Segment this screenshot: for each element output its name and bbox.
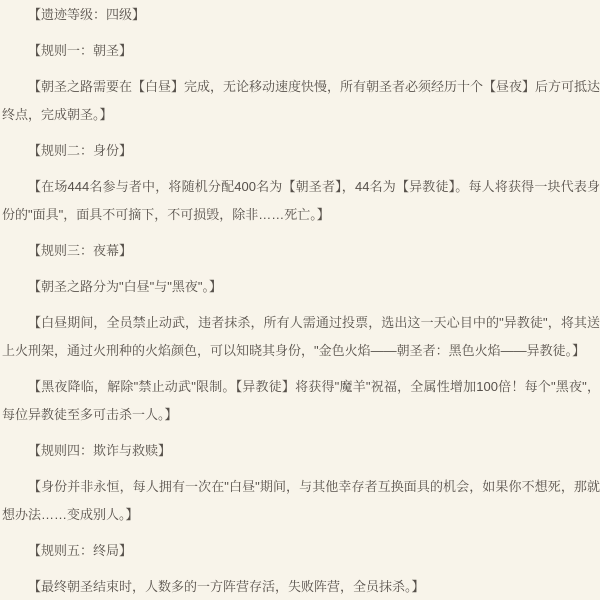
rule-4-heading: 【规则四：欺诈与救赎】 [2, 437, 600, 465]
rule-2-body: 【在场444名参与者中，将随机分配400名为【朝圣者】，44名为【异教徒】。每人… [2, 173, 600, 229]
rule-3-body-daytime: 【白昼期间，全员禁止动武，违者抹杀，所有人需通过投票，选出这一天心目中的"异教徒… [2, 309, 600, 365]
rule-3-body-day-night: 【朝圣之路分为"白昼"与"黑夜"。】 [2, 273, 600, 301]
rule-4-body: 【身份并非永恒，每人拥有一次在"白昼"期间，与其他幸存者互换面具的机会，如果你不… [2, 473, 600, 529]
rule-1-heading: 【规则一：朝圣】 [2, 37, 600, 65]
rule-2-heading: 【规则二：身份】 [2, 137, 600, 165]
ruin-level-heading: 【遗迹等级：四级】 [2, 1, 600, 29]
rule-3-body-nighttime: 【黑夜降临，解除"禁止动武"限制。【异教徒】将获得"魔羊"祝福，全属性增加100… [2, 373, 600, 429]
novel-reading-page: 【遗迹等级：四级】 【规则一：朝圣】 【朝圣之路需要在【白昼】完成，无论移动速度… [0, 0, 600, 600]
rule-3-heading: 【规则三：夜幕】 [2, 237, 600, 265]
rule-1-body: 【朝圣之路需要在【白昼】完成，无论移动速度快慢，所有朝圣者必须经历十个【昼夜】后… [2, 73, 600, 129]
rule-5-heading: 【规则五：终局】 [2, 537, 600, 565]
rule-5-body: 【最终朝圣结束时，人数多的一方阵营存活，失败阵营，全员抹杀。】 [2, 573, 600, 600]
